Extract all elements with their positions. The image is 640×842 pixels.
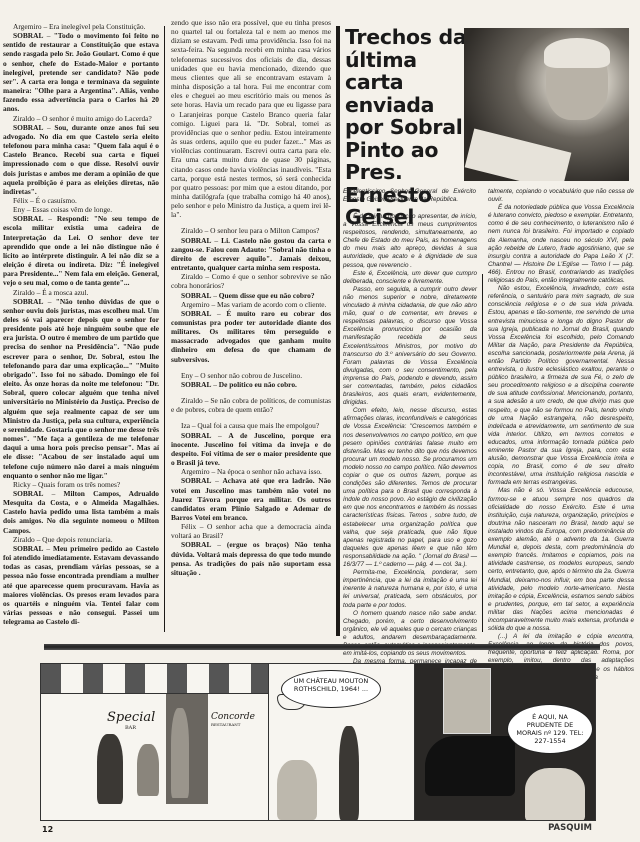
speech-text: O senhor leu para o Milton Campos? <box>210 226 319 235</box>
section-separator-bar <box>44 644 600 650</box>
speaker-name: SOBRAL <box>13 31 43 40</box>
interview-paragraph: SOBRAL – (ergue os braços) Não tenha dúv… <box>171 540 331 577</box>
speech-text: Sou, durante onze anos fui seu advogado.… <box>3 123 159 196</box>
interview-paragraph: Argemiro – Era inelegível pela Constitui… <box>3 22 159 31</box>
couple-in-door-figure <box>171 708 189 798</box>
speaker-name: SOBRAL <box>181 309 211 318</box>
interview-paragraph: Argemiro – Na época o senhor não achava … <box>171 467 331 476</box>
special-bar-sign: SpecialBAR <box>107 710 155 731</box>
interview-paragraph: SOBRAL – De político eu não cobro. <box>171 380 331 389</box>
letter-paragraph: É de minha obrigação apresentar, de iníc… <box>343 213 477 270</box>
speech-text: Era inelegível pela Constituição. <box>49 22 145 31</box>
letter-paragraph: Mas não é só. Vossa Excelência educouse,… <box>488 487 634 633</box>
speech-text: Que depois renunciaria. <box>42 535 112 544</box>
speaker-name: SOBRAL <box>13 544 43 553</box>
letter-paragraph: Não estou, Excelência, invadindo, com es… <box>488 285 634 487</box>
letter-column-2: talmente, copiando o vocabulário que não… <box>488 188 634 682</box>
cartoon-strip: SpecialBAR ConcordeRESTAURANT UM CHÂTEAU… <box>40 663 596 821</box>
column-divider <box>164 26 165 632</box>
letter-paragraph: talmente, copiando o vocabulário que não… <box>488 188 634 204</box>
speech-text: O senhor é muito amigo do Lacerda? <box>42 114 152 123</box>
interview-paragraph: Eny – O senhor não cobrou de Juscelino. <box>171 371 331 380</box>
speech-text: É a mosca azul. <box>42 288 88 297</box>
speaker-name: SOBRAL <box>13 123 43 132</box>
speaker-name: SOBRAL <box>13 297 43 306</box>
interview-paragraph: Ziraldo – O senhor é muito amigo do Lace… <box>3 114 159 123</box>
interview-paragraph: Iza – Qual foi a causa que mais lhe empo… <box>171 421 331 430</box>
speaker-name: Ziraldo <box>13 288 35 297</box>
letter-paragraph: É da notoriedade pública que Vossa Excel… <box>488 204 634 285</box>
cartoon-panel-piano: É AQUI, NA PRUDENTE DE MORAIS nº 129. TE… <box>415 664 596 820</box>
letter-paragraph: Passo, em seguida, a cumprir outro dever… <box>343 286 477 407</box>
interview-column-2: zendo que isso não era possível, que eu … <box>171 18 331 577</box>
speaker-name: Ziraldo <box>181 272 203 281</box>
letter-paragraph: O homem quando nasce não sabe andar. Che… <box>343 610 477 659</box>
interview-paragraph: Félix – O senhor acha que a democracia a… <box>171 522 331 540</box>
speaker-name: SOBRAL <box>181 431 211 440</box>
woman-figure <box>137 744 159 796</box>
interview-paragraph: SOBRAL – Li. Castelo não gostou da carta… <box>171 236 331 273</box>
letter-column-divider <box>482 274 483 632</box>
cartoon-panel-storefront: SpecialBAR ConcordeRESTAURANT <box>41 664 269 820</box>
interview-paragraph: SOBRAL – Achava até que era ladrão. Não … <box>171 476 331 522</box>
speaker-name: Félix <box>181 522 196 531</box>
man-in-suit-figure <box>97 734 123 804</box>
speech-text: De político eu não cobro. <box>219 380 297 389</box>
interview-paragraph: SOBRAL – Quem disse que eu não cobro? <box>171 291 331 300</box>
interview-paragraph: SOBRAL – "Não tenho dúvidas de que o sen… <box>3 297 159 480</box>
interview-paragraph: zendo que isso não era possível, que eu … <box>171 18 331 219</box>
speech-text: Quais foram os três nomes? <box>38 480 120 489</box>
feature-divider-bar <box>336 26 340 636</box>
speaker-name: Argemiro <box>181 467 210 476</box>
speaker-name: Félix <box>13 196 28 205</box>
diners-figure <box>277 760 317 820</box>
grand-piano <box>425 736 515 796</box>
interview-paragraph: Ziraldo – Como é que o senhor sobrevive … <box>171 272 331 290</box>
speech-text: Quem disse que eu não cobro? <box>219 291 315 300</box>
speaker-name: Ziraldo <box>13 535 35 544</box>
speaker-name: Eny <box>181 371 193 380</box>
interview-paragraph: SOBRAL – A de Juscelino, porque era inoc… <box>171 431 331 468</box>
letter-paragraph: Com efeito, leio, nesse discurso, estas … <box>343 407 477 569</box>
interview-paragraph: SOBRAL – "Todo o movimento foi feito no … <box>3 31 159 113</box>
publication-name: PASQUIM <box>548 823 592 833</box>
speaker-name: Ziraldo <box>181 226 203 235</box>
page-number: 12 <box>42 825 53 834</box>
wall-painting <box>443 668 491 734</box>
interview-paragraph: Argemiro – Mas variam de acordo com o cl… <box>171 300 331 309</box>
speech-text: "Todo o movimento foi feito no sentido d… <box>3 31 159 113</box>
interview-paragraph: Ziraldo – É a mosca azul. <box>3 288 159 297</box>
letter-salutation: Excelentíssimo Senhor General de Exércit… <box>343 188 476 204</box>
portrait-hair-shape <box>544 38 610 68</box>
speaker-name: Argemiro <box>13 22 42 31</box>
cartoon-panel-dining-room: UM CHÂTEAU MOUTON ROTHSCHILD, 1964! ... <box>269 664 415 820</box>
interview-paragraph: Félix – É o casuísmo. <box>3 196 159 205</box>
interview-paragraph: Ricky – Quais foram os três nomes? <box>3 480 159 489</box>
letter-paper-shape <box>465 128 572 181</box>
letter-paragraph: Este é, Excelência, um dever que cumpro … <box>343 270 477 286</box>
interview-paragraph: Ziraldo – Que depois renunciaria. <box>3 535 159 544</box>
speech-text: Na época o senhor não achava isso. <box>217 467 322 476</box>
speaker-name: Argemiro <box>181 300 210 309</box>
speech-text: Qual foi a causa que mais lhe empolgou? <box>197 421 319 430</box>
interview-column-1: Argemiro – Era inelegível pela Constitui… <box>3 22 159 626</box>
interview-paragraph: SOBRAL – Respondi: "No seu tempo de esco… <box>3 214 159 287</box>
interview-paragraph: Ziraldo – Se não cobra de políticos, de … <box>171 396 331 414</box>
striped-awning <box>41 664 268 694</box>
speaker-name: Ziraldo <box>13 114 35 123</box>
speaker-name: Ziraldo <box>181 396 203 405</box>
speech-text: Meu primeiro pedido ao Castelo foi atend… <box>3 544 159 626</box>
interview-paragraph: SOBRAL – Meu primeiro pedido ao Castelo … <box>3 544 159 626</box>
speech-bubble-wine: UM CHÂTEAU MOUTON ROTHSCHILD, 1964! ... <box>281 670 381 708</box>
speaker-name: SOBRAL <box>13 214 43 223</box>
letter-column-1: É de minha obrigação apresentar, de iníc… <box>343 213 477 715</box>
speech-text: Mas variam de acordo com o cliente. <box>217 300 326 309</box>
interview-paragraph: SOBRAL – É muito raro eu cobrar dos comu… <box>171 309 331 364</box>
speech-text: "Não tenho dúvidas de que o senhor ouviu… <box>3 297 159 480</box>
speech-text: Essas coisas vêm de longe. <box>32 205 112 214</box>
speaker-name: SOBRAL <box>181 476 211 485</box>
speaker-name: SOBRAL <box>181 380 211 389</box>
speaker-name: Ricky <box>13 480 31 489</box>
speaker-name: Iza <box>181 421 190 430</box>
letter-paragraph: Permita-me, Excelência, ponderar, sem im… <box>343 569 477 609</box>
interview-paragraph: Eny – Essas coisas vêm de longe. <box>3 205 159 214</box>
speaker-name: Eny <box>13 205 25 214</box>
speech-text: Respondi: "No seu tempo de escola milita… <box>3 214 159 287</box>
concorde-restaurant-sign: ConcordeRESTAURANT <box>211 712 255 727</box>
interview-paragraph: SOBRAL – Sou, durante onze anos fui seu … <box>3 123 159 196</box>
speech-bubble-address: É AQUI, NA PRUDENTE DE MORAIS nº 129. TE… <box>507 704 593 754</box>
speaker-name: SOBRAL <box>181 236 211 245</box>
speech-text: zendo que isso não era possível, que eu … <box>171 18 331 219</box>
speaker-name: SOBRAL <box>181 540 211 549</box>
speech-text: É muito raro eu cobrar dos comunistas pr… <box>171 309 331 364</box>
interview-paragraph: Ziraldo – O senhor leu para o Milton Cam… <box>171 226 331 235</box>
speaker-name: SOBRAL <box>181 291 211 300</box>
speech-text: O senhor não cobrou de Juscelino. <box>200 371 302 380</box>
waiter-figure <box>339 726 359 820</box>
interview-paragraph: SOBRAL – Milton Campos, Adrualdo Mesquit… <box>3 489 159 535</box>
patrons-figure <box>525 768 585 821</box>
speech-text: É o casuísmo. <box>36 196 77 205</box>
sobral-pinto-photo <box>464 28 629 181</box>
speaker-name: SOBRAL <box>13 489 43 498</box>
